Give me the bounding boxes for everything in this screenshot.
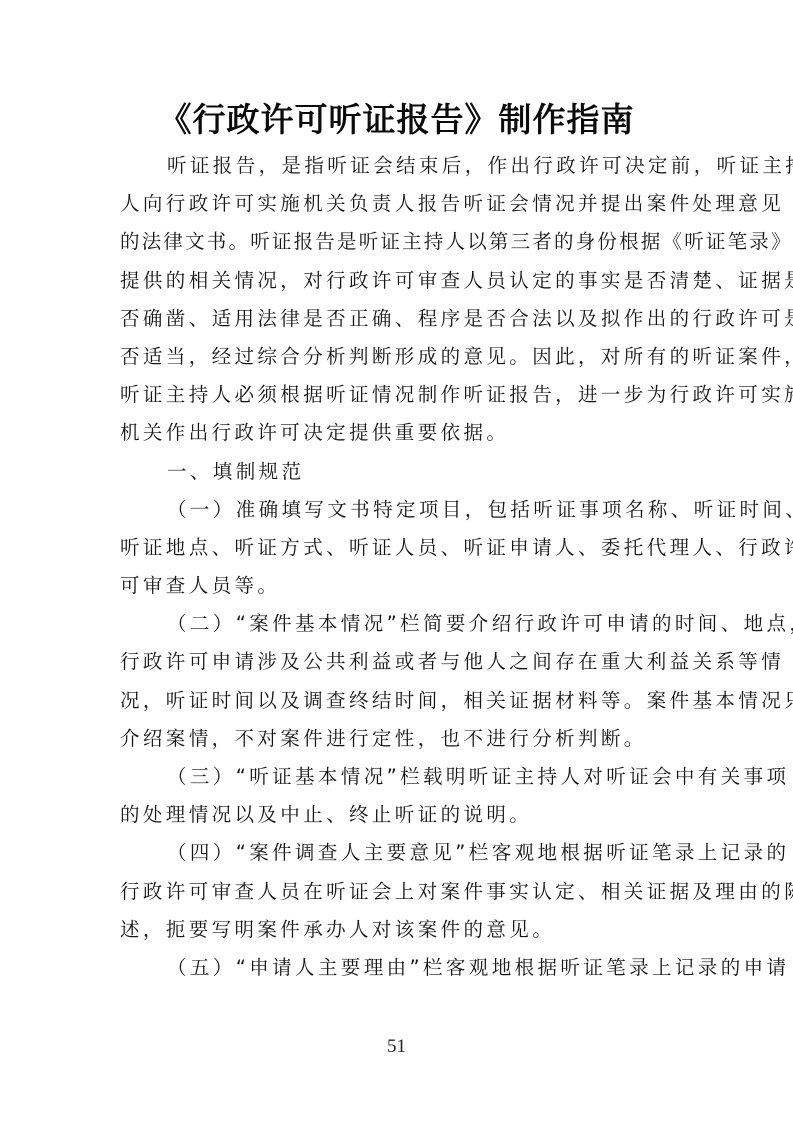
paragraph-line: 述，扼要写明案件承办人对该案件的意见。: [120, 911, 674, 949]
document-page: 《行政许可听证报告》制作指南 听证报告，是指听证会结束后，作出行政许可决定前，听…: [0, 0, 793, 1122]
paragraph-line: 否适当，经过综合分析判断形成的意见。因此，对所有的听证案件，: [120, 338, 674, 376]
paragraph-line: （四）“案件调查人主要意见”栏客观地根据听证笔录上记录的: [120, 834, 674, 872]
paragraph-line: 的法律文书。听证报告是听证主持人以第三者的身份根据《听证笔录》: [120, 223, 674, 261]
paragraph-line: 听证地点、听证方式、听证人员、听证申请人、委托代理人、行政许: [120, 529, 674, 567]
paragraph-line: 机关作出行政许可决定提供重要依据。: [120, 414, 674, 452]
paragraph-line: 行政许可申请涉及公共利益或者与他人之间存在重大利益关系等情: [120, 643, 674, 681]
paragraph-line: 可审查人员等。: [120, 567, 674, 605]
document-title: 《行政许可听证报告》制作指南: [0, 96, 793, 144]
paragraph-line: （二）“案件基本情况”栏简要介绍行政许可申请的时间、地点，: [120, 605, 674, 643]
paragraph-line: 的处理情况以及中止、终止听证的说明。: [120, 796, 674, 834]
paragraph-line: 人向行政许可实施机关负责人报告听证会情况并提出案件处理意见: [120, 185, 674, 223]
paragraph-line: 听证报告，是指听证会结束后，作出行政许可决定前，听证主持: [120, 147, 674, 185]
paragraph-line: （一）准确填写文书特定项目，包括听证事项名称、听证时间、: [120, 491, 674, 529]
section-heading: 一、填制规范: [120, 453, 674, 491]
paragraph-line: 否确凿、适用法律是否正确、程序是否合法以及拟作出的行政许可是: [120, 300, 674, 338]
paragraph-line: 提供的相关情况，对行政许可审查人员认定的事实是否清楚、证据是: [120, 262, 674, 300]
page-number: 51: [0, 1036, 793, 1058]
paragraph-line: 听证主持人必须根据听证情况制作听证报告，进一步为行政许可实施: [120, 376, 674, 414]
paragraph-line: 行政许可审查人员在听证会上对案件事实认定、相关证据及理由的陈: [120, 873, 674, 911]
paragraph-line: （五）“申请人主要理由”栏客观地根据听证笔录上记录的申请: [120, 949, 674, 987]
paragraph-line: 介绍案情，不对案件进行定性，也不进行分析判断。: [120, 720, 674, 758]
paragraph-line: 况，听证时间以及调查终结时间，相关证据材料等。案件基本情况只: [120, 682, 674, 720]
paragraph-line: （三）“听证基本情况”栏载明听证主持人对听证会中有关事项: [120, 758, 674, 796]
document-body: 听证报告，是指听证会结束后，作出行政许可决定前，听证主持 人向行政许可实施机关负…: [120, 147, 674, 987]
